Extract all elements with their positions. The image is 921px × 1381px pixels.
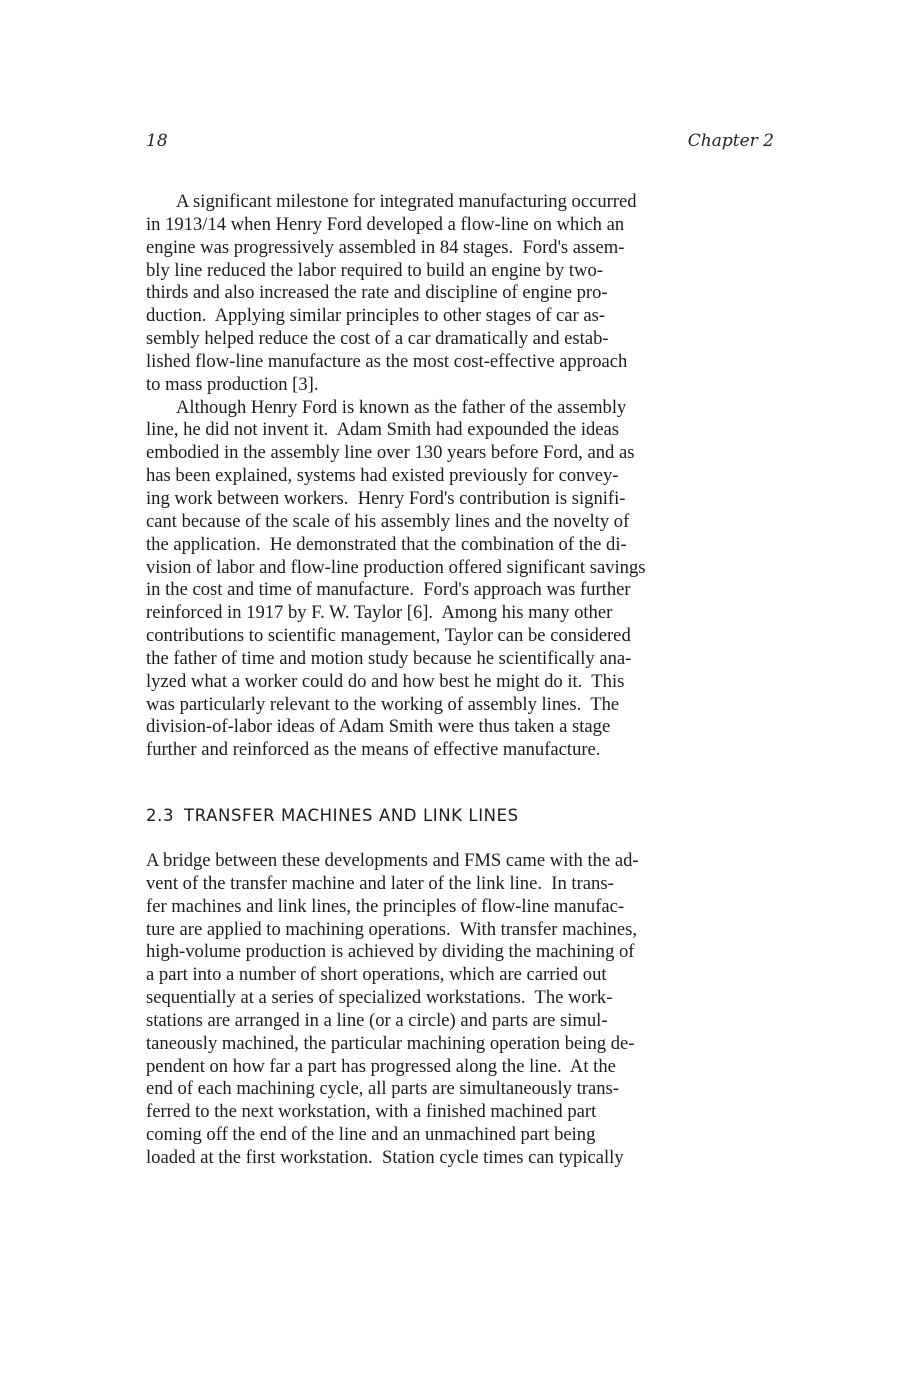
- section-body-text: A bridge between these developments and …: [146, 850, 806, 1170]
- text-line: end of each machining cycle, all parts a…: [146, 1078, 806, 1101]
- text-line: the father of time and motion study beca…: [146, 648, 806, 671]
- chapter-label: Chapter 2: [688, 131, 774, 151]
- text-line: division-of-labor ideas of Adam Smith we…: [146, 716, 806, 739]
- text-line: duction. Applying similar principles to …: [146, 305, 806, 328]
- text-line: contributions to scientific management, …: [146, 625, 806, 648]
- text-line: sequentially at a series of specialized …: [146, 987, 806, 1010]
- page-number: 18: [146, 131, 168, 151]
- text-line: lyzed what a worker could do and how bes…: [146, 671, 806, 694]
- text-line: in the cost and time of manufacture. For…: [146, 579, 806, 602]
- text-line: vent of the transfer machine and later o…: [146, 873, 806, 896]
- text-line: in 1913/14 when Henry Ford developed a f…: [146, 214, 806, 237]
- text-line: Although Henry Ford is known as the fath…: [146, 397, 806, 420]
- text-line: further and reinforced as the means of e…: [146, 739, 806, 762]
- text-line: reinforced in 1917 by F. W. Taylor [6]. …: [146, 602, 806, 625]
- document-page: 18 Chapter 2 A significant milestone for…: [0, 0, 921, 1381]
- text-line: thirds and also increased the rate and d…: [146, 282, 806, 305]
- text-line: cant because of the scale of his assembl…: [146, 511, 806, 534]
- text-line: fer machines and link lines, the princip…: [146, 896, 806, 919]
- text-line: taneously machined, the particular machi…: [146, 1033, 806, 1056]
- text-line: vision of labor and flow-line production…: [146, 557, 806, 580]
- body-text-block: A significant milestone for integrated m…: [146, 191, 806, 762]
- paragraph-ford-assembly-line: Although Henry Ford is known as the fath…: [146, 397, 806, 763]
- section-title: TRANSFER MACHINES AND LINK LINES: [184, 806, 519, 825]
- paragraph-ford-milestone: A significant milestone for integrated m…: [146, 191, 806, 397]
- text-line: has been explained, systems had existed …: [146, 465, 806, 488]
- text-line: ferred to the next workstation, with a f…: [146, 1101, 806, 1124]
- text-line: embodied in the assembly line over 130 y…: [146, 442, 806, 465]
- section-number: 2.3: [146, 806, 174, 825]
- text-line: was particularly relevant to the working…: [146, 694, 806, 717]
- text-line: engine was progressively assembled in 84…: [146, 237, 806, 260]
- text-line: a part into a number of short operations…: [146, 964, 806, 987]
- text-line: coming off the end of the line and an un…: [146, 1124, 806, 1147]
- text-line: high-volume production is achieved by di…: [146, 941, 806, 964]
- text-line: A bridge between these developments and …: [146, 850, 806, 873]
- section-heading: 2.3TRANSFER MACHINES AND LINK LINES: [146, 806, 519, 825]
- running-head: 18 Chapter 2: [146, 131, 774, 155]
- text-line: lished flow-line manufacture as the most…: [146, 351, 806, 374]
- text-line: A significant milestone for integrated m…: [146, 191, 806, 214]
- text-line: pendent on how far a part has progressed…: [146, 1056, 806, 1079]
- text-line: stations are arranged in a line (or a ci…: [146, 1010, 806, 1033]
- text-line: line, he did not invent it. Adam Smith h…: [146, 419, 806, 442]
- text-line: ture are applied to machining operations…: [146, 919, 806, 942]
- text-line: ing work between workers. Henry Ford's c…: [146, 488, 806, 511]
- text-line: sembly helped reduce the cost of a car d…: [146, 328, 806, 351]
- text-line: bly line reduced the labor required to b…: [146, 260, 806, 283]
- text-line: to mass production [3].: [146, 374, 806, 397]
- text-line: the application. He demonstrated that th…: [146, 534, 806, 557]
- paragraph-transfer-machines: A bridge between these developments and …: [146, 850, 806, 1170]
- text-line: loaded at the first workstation. Station…: [146, 1147, 806, 1170]
